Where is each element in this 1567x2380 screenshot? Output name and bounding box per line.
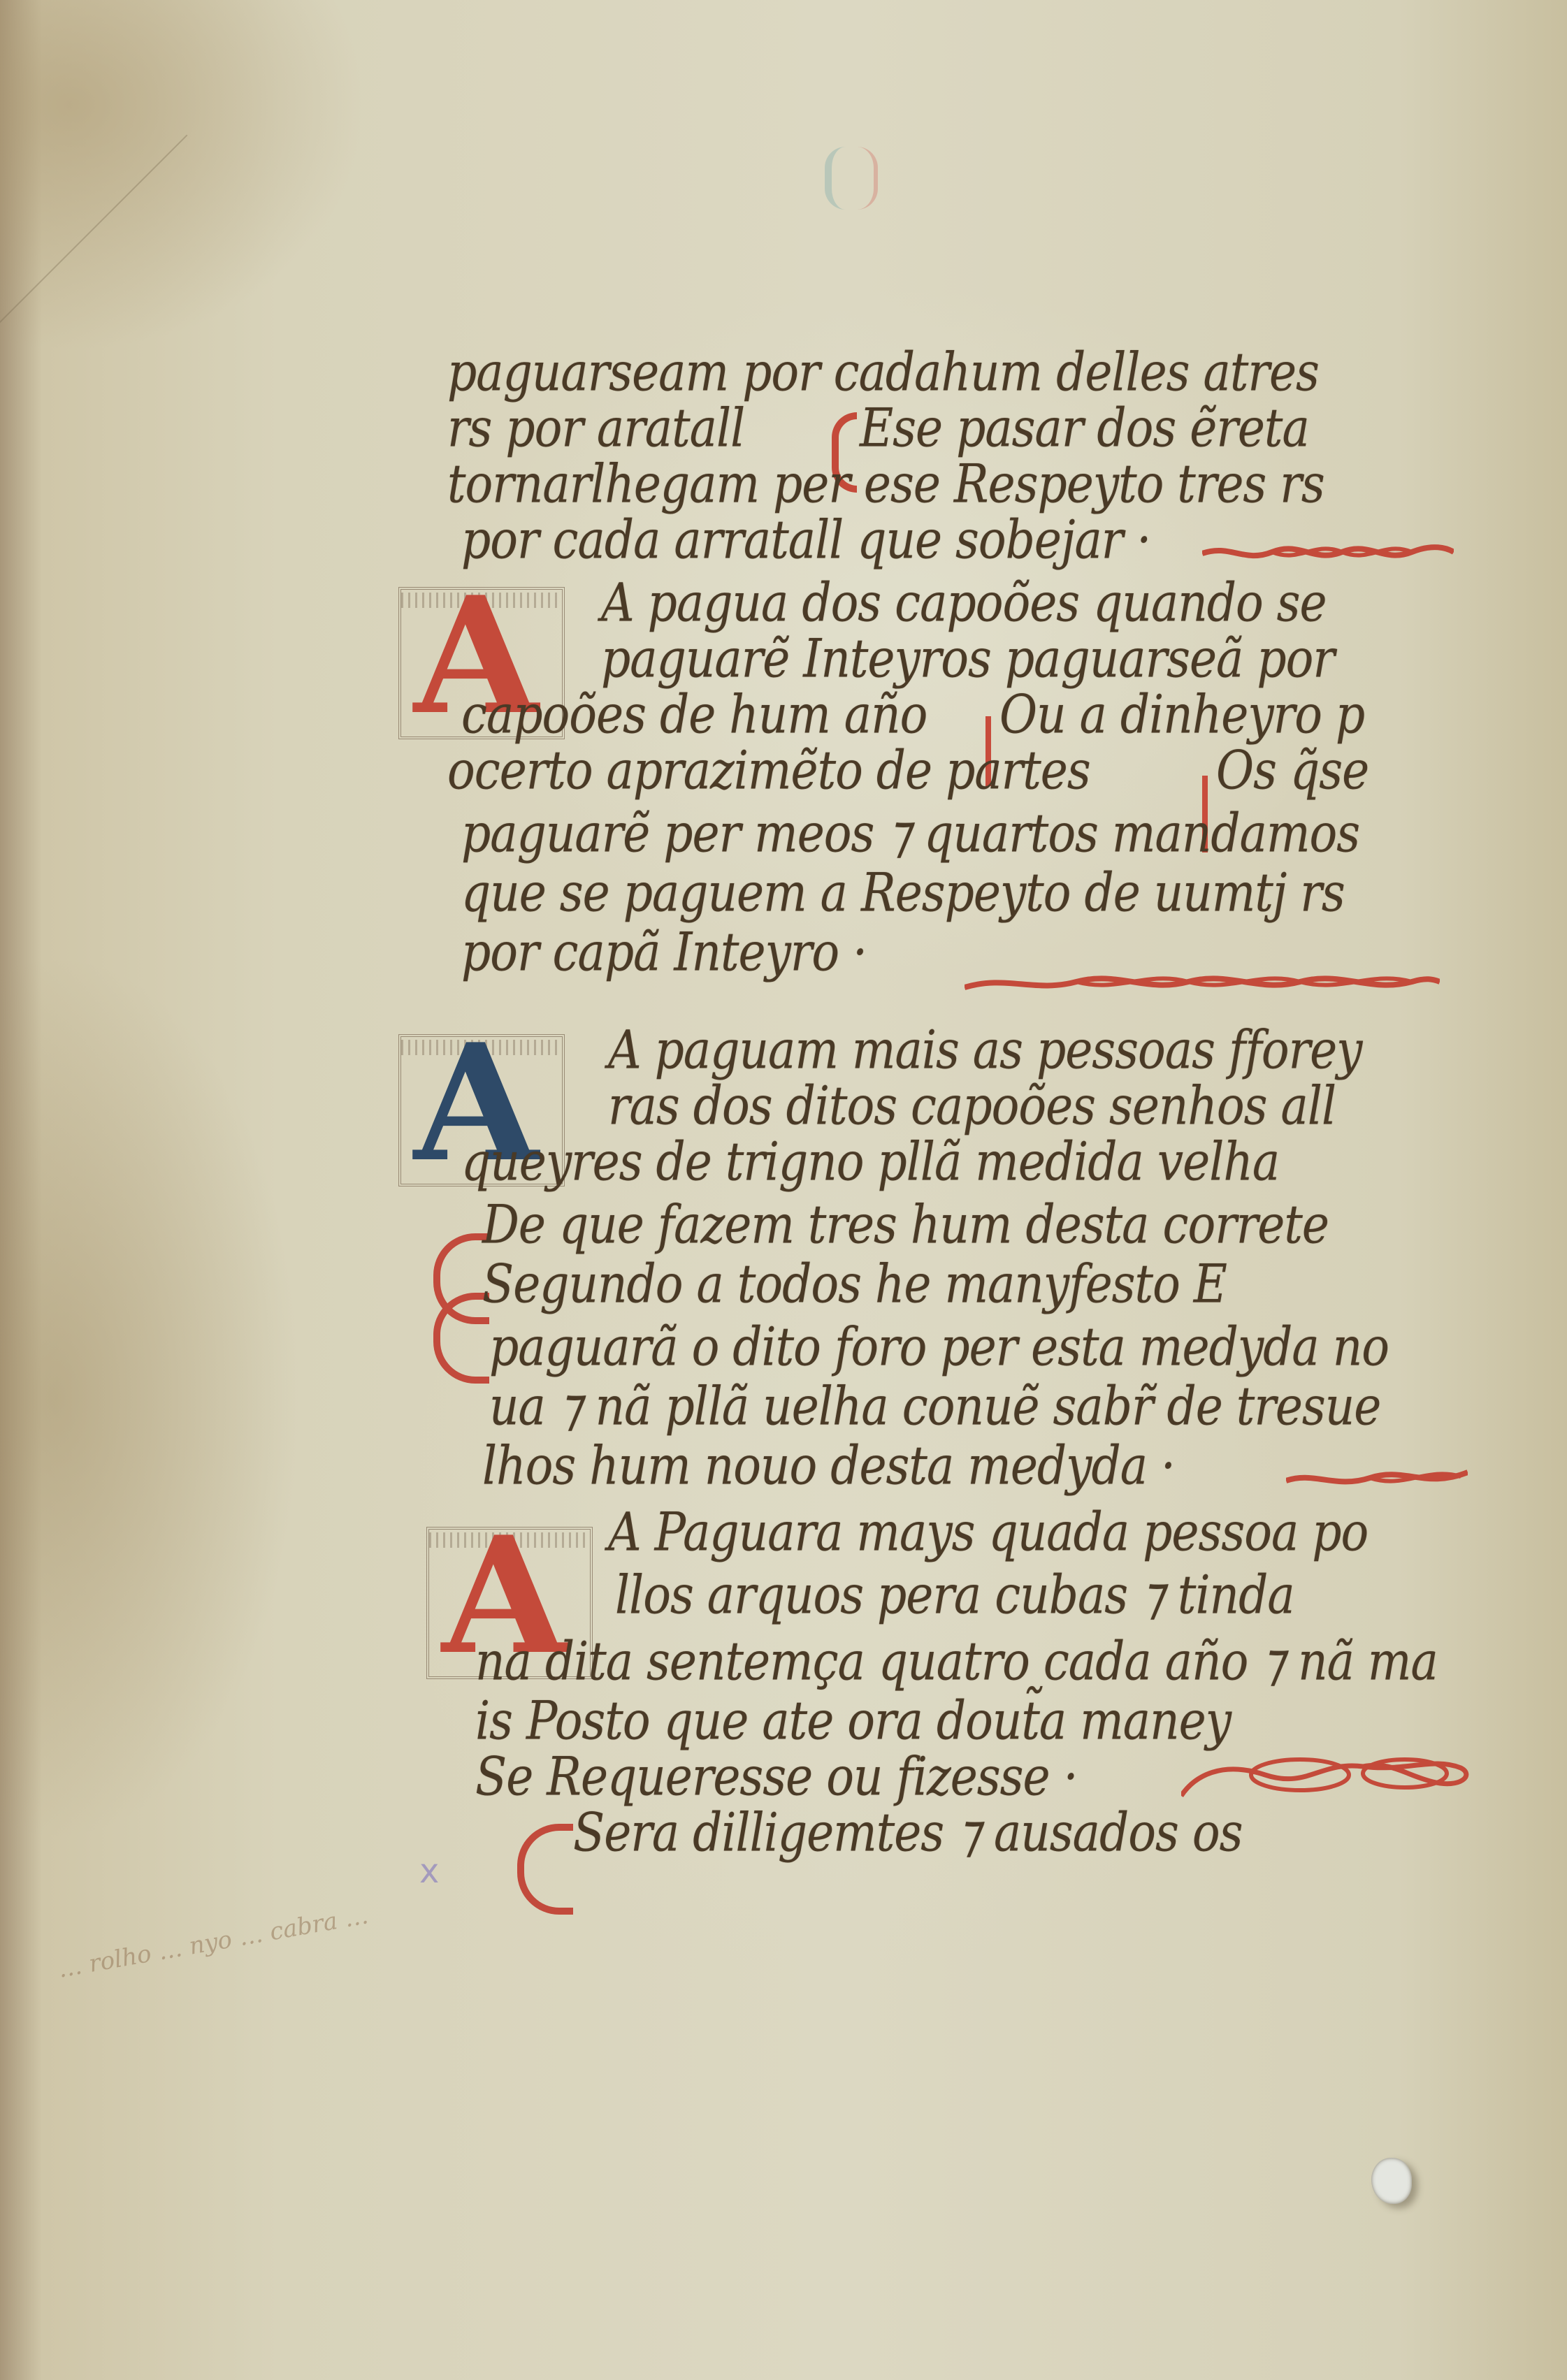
text-line-16: Segundo a todos he manyfesto E [482,1253,1227,1315]
text-line-11: por capã Inteyro · [461,921,867,983]
text-line-1: paguarseam por cadahum delles atres [447,341,1319,403]
text-line-21: llos arquos pera cubas ⁊ tinda [615,1564,1294,1626]
text-line-17: paguarã o dito foro per esta medyda no [489,1316,1389,1378]
text-line-25: Sera dilligemtes ⁊ ausados os [573,1801,1242,1864]
text-line-2b: Ese pasar dos ẽreta [860,397,1309,459]
text-line-3: tornarlhegam per ese Respeyto tres rs [447,453,1324,515]
faded-margin-note: … rolho … nyo … cabra … [56,1901,370,1984]
line-filler-flourish-2 [965,968,1440,996]
text-line-8a: ocerto aprazimẽto de partes [447,739,1090,801]
manuscript-page: paguarseam por cadahum delles atres rs p… [0,0,1567,2380]
text-line-19: lhos hum nouo desta medyda · [482,1435,1175,1497]
offset-ink-mark [825,147,878,210]
text-line-6: paguarẽ Inteyros paguarseã por [601,627,1334,690]
parchment-hole [1371,2158,1412,2204]
paragraph-mark-4 [517,1824,573,1915]
text-line-23: is Posto que ate ora dout̃a maney [475,1690,1231,1752]
text-line-12: A paguam mais as pessoas fforey [608,1019,1362,1081]
line-filler-flourish-1 [1202,538,1454,566]
text-line-7a: capoões de hum año [461,683,927,746]
text-line-10: que se paguem a Respeyto de uumtj rs [461,862,1345,924]
text-line-13: ras dos ditos capoões senhos all [608,1075,1336,1137]
line-filler-flourish-4 [1181,1754,1475,1803]
text-line-18: ua ⁊ nã pllã uelha conuẽ sabr̃ de tresue [489,1375,1380,1437]
text-line-15: De que fazem tres hum desta correte [482,1193,1329,1256]
text-line-22: na dita sentemça quatro cada año ⁊ nã ma [475,1630,1438,1692]
text-line-24: Se Requeresse ou fizesse · [475,1746,1078,1808]
line-filler-flourish-3 [1286,1464,1468,1492]
text-line-8b: Os q̃se [1216,739,1369,801]
corner-fold-crease [0,135,187,393]
text-line-20: A Paguara mays quada pessoa po [608,1501,1368,1563]
pencil-x-mark: x [419,1852,439,1891]
text-line-4: por cada arratall que sobejar · [461,509,1150,571]
text-line-2a: rs por aratall [447,397,744,459]
text-line-14: queyres de trigno pllã medida velha [461,1131,1279,1193]
text-line-5: A pagua dos capoões quando se [601,572,1327,634]
text-line-7b: Ou a dinheyro p [999,683,1364,746]
text-line-9: paguarẽ per meos ⁊ quartos mandamos [461,802,1359,864]
